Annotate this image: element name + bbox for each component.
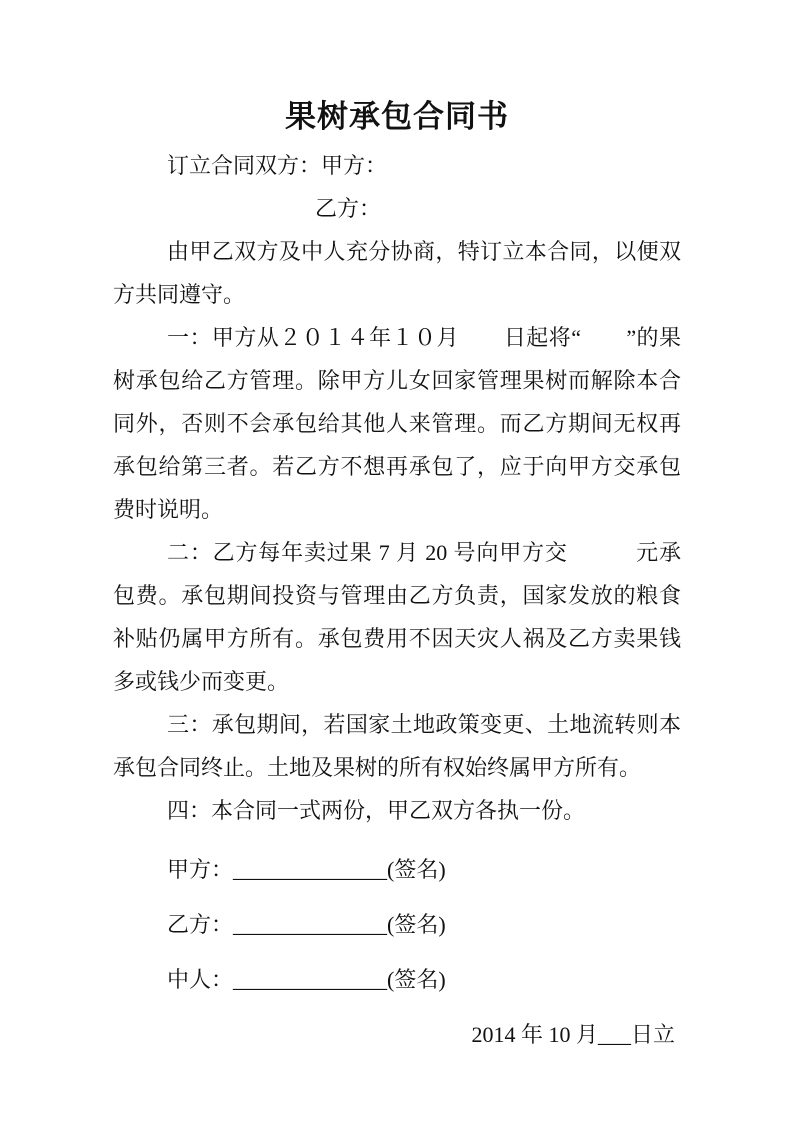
signature-line: ______________: [233, 912, 387, 937]
parties-line-jiafang: 订立合同双方：甲方：: [113, 144, 681, 187]
signature-suffix: (签名): [387, 857, 446, 882]
signature-row-zhongren: 中人：______________(签名): [113, 958, 681, 1001]
signature-line: ______________: [233, 857, 387, 882]
date-line: 2014 年 10 月___日立: [113, 1013, 681, 1056]
signature-block: 甲方：______________(签名) 乙方：______________(…: [113, 848, 681, 1001]
preamble-paragraph: 由甲乙双方及中人充分协商，特订立本合同，以便双方共同遵守。: [113, 230, 681, 316]
document-page: 果树承包合同书 订立合同双方：甲方： 乙方： 由甲乙双方及中人充分协商，特订立本…: [0, 0, 794, 1123]
clause-1-paragraph: 一：甲方从２０１４年１０月 日起将“ ”的果树承包给乙方管理。除甲方儿女回家管理…: [113, 316, 681, 531]
parties-line-yifang: 乙方：: [113, 187, 681, 230]
signature-row-yifang: 乙方：______________(签名): [113, 903, 681, 946]
document-title: 果树承包合同书: [113, 96, 681, 138]
signature-suffix: (签名): [387, 912, 446, 937]
clause-3-paragraph: 三：承包期间，若国家土地政策变更、土地流转则本承包合同终止。土地及果树的所有权始…: [113, 703, 681, 789]
signature-suffix: (签名): [387, 967, 446, 992]
signature-row-jiafang: 甲方：______________(签名): [113, 848, 681, 891]
clause-2-paragraph: 二：乙方每年卖过果 7 月 20 号向甲方交 元承包费。承包期间投资与管理由乙方…: [113, 531, 681, 703]
clause-4-paragraph: 四：本合同一式两份，甲乙双方各执一份。: [113, 789, 681, 832]
signature-label: 甲方：: [167, 857, 233, 882]
document-body: 订立合同双方：甲方： 乙方： 由甲乙双方及中人充分协商，特订立本合同，以便双方共…: [113, 144, 681, 1056]
signature-line: ______________: [233, 967, 387, 992]
signature-label: 中人：: [167, 967, 233, 992]
signature-label: 乙方：: [167, 912, 233, 937]
